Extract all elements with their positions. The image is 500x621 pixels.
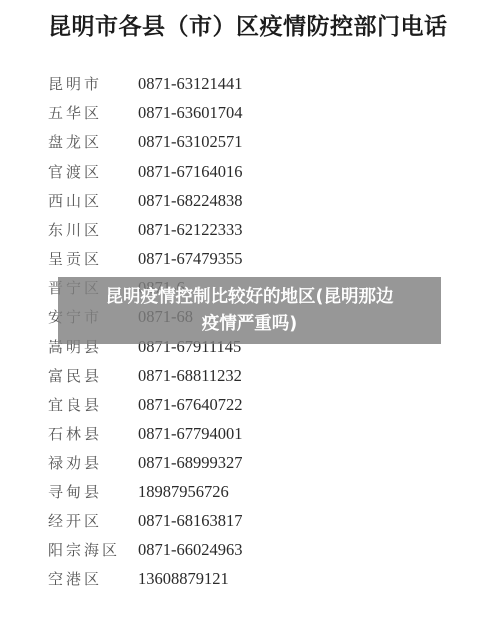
list-item: 禄劝县 0871-68999327 [0,451,500,475]
overlay-title-line-2: 疫情严重吗) [202,311,298,338]
list-item: 石林县 0871-67794001 [0,422,500,446]
phone-number: 0871-63102571 [138,130,243,154]
phone-number: 0871-67794001 [138,422,243,446]
district-name: 石林县 [48,422,102,446]
phone-number: 0871-66024963 [138,538,243,562]
list-item: 五华区 0871-63601704 [0,101,500,125]
district-name: 寻甸县 [48,480,102,504]
document-title: 昆明市各县（市）区疫情防控部门电话 [48,8,468,41]
district-name: 阳宗海区 [48,538,120,562]
list-item: 富民县 0871-68811232 [0,364,500,388]
district-name: 经开区 [48,509,102,533]
phone-number: 0871-67640722 [138,393,243,417]
list-item: 空港区 13608879121 [0,567,500,591]
list-item: 西山区 0871-68224838 [0,189,500,213]
phone-number: 0871-68163817 [138,509,243,533]
list-item: 盘龙区 0871-63102571 [0,130,500,154]
phone-number: 0871-68811232 [138,364,242,388]
phone-number: 0871-68224838 [138,189,243,213]
list-item: 昆明市 0871-63121441 [0,72,500,96]
district-name: 富民县 [48,364,102,388]
district-name: 五华区 [48,101,102,125]
phone-number: 0871-63121441 [138,72,243,96]
district-name: 禄劝县 [48,451,102,475]
list-item: 呈贡区 0871-67479355 [0,247,500,271]
district-name: 盘龙区 [48,130,102,154]
list-item: 寻甸县 18987956726 [0,480,500,504]
list-item: 经开区 0871-68163817 [0,509,500,533]
phone-number: 0871-67164016 [138,160,243,184]
phone-number: 13608879121 [138,567,229,591]
phone-number: 0871-62122333 [138,218,243,242]
list-item: 宜良县 0871-67640722 [0,393,500,417]
district-name: 东川区 [48,218,102,242]
district-name: 昆明市 [48,72,102,96]
article-title-overlay: 昆明疫情控制比较好的地区(昆明那边 疫情严重吗) [58,277,441,344]
phone-number: 0871-68999327 [138,451,243,475]
list-item: 官渡区 0871-67164016 [0,160,500,184]
overlay-title-line-1: 昆明疫情控制比较好的地区(昆明那边 [106,284,394,311]
document-image: 昆明市各县（市）区疫情防控部门电话 昆明市 0871-63121441 五华区 … [0,0,500,621]
district-name: 宜良县 [48,393,102,417]
list-item: 东川区 0871-62122333 [0,218,500,242]
district-name: 呈贡区 [48,247,102,271]
district-name: 西山区 [48,189,102,213]
district-name: 官渡区 [48,160,102,184]
phone-number: 0871-67479355 [138,247,243,271]
district-name: 空港区 [48,567,102,591]
phone-number: 0871-63601704 [138,101,243,125]
phone-number: 18987956726 [138,480,229,504]
list-item: 阳宗海区 0871-66024963 [0,538,500,562]
